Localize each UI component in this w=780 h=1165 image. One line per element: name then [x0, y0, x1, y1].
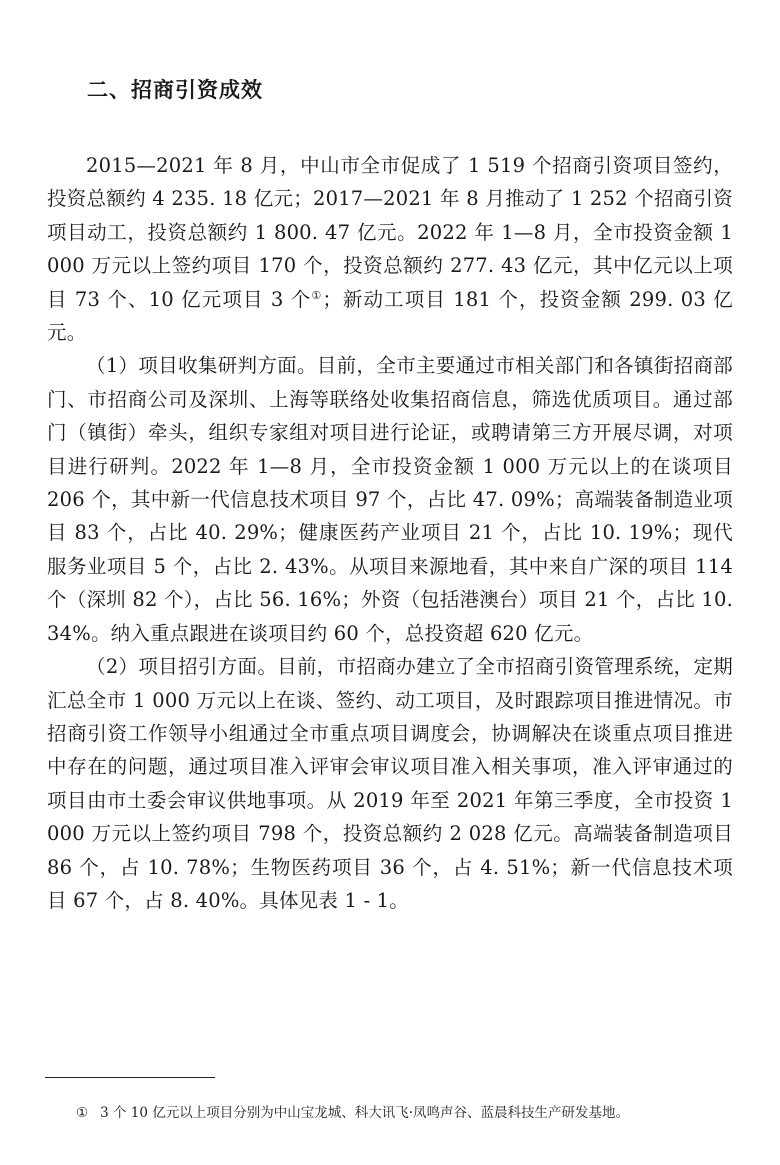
footnote-reference[interactable]: ①	[311, 289, 322, 302]
body-text: 2015—2021 年 8 月，中山市全市促成了 1 519 个招商引资项目签约…	[47, 149, 733, 917]
paragraph-project-collection: （1）项目收集研判方面。目前，全市主要通过市相关部门和各镇街招商部门、市招商公司…	[47, 349, 733, 650]
paragraph-project-attraction: （2）项目招引方面。目前，市招商办建立了全市招商引资管理系统，定期汇总全市 1 …	[47, 650, 733, 917]
paragraph-summary: 2015—2021 年 8 月，中山市全市促成了 1 519 个招商引资项目签约…	[47, 149, 733, 349]
footnote-divider	[45, 1077, 215, 1078]
footnote-mark: ①	[76, 1105, 88, 1121]
footnote: ①3 个 10 亿元以上项目分别为中山宝龙城、科大讯飞·凤鸣声谷、蓝晨科技生产研…	[76, 1101, 629, 1121]
section-heading: 二、招商引资成效	[87, 74, 263, 104]
footnote-text: 3 个 10 亿元以上项目分别为中山宝龙城、科大讯飞·凤鸣声谷、蓝晨科技生产研发…	[100, 1105, 629, 1121]
